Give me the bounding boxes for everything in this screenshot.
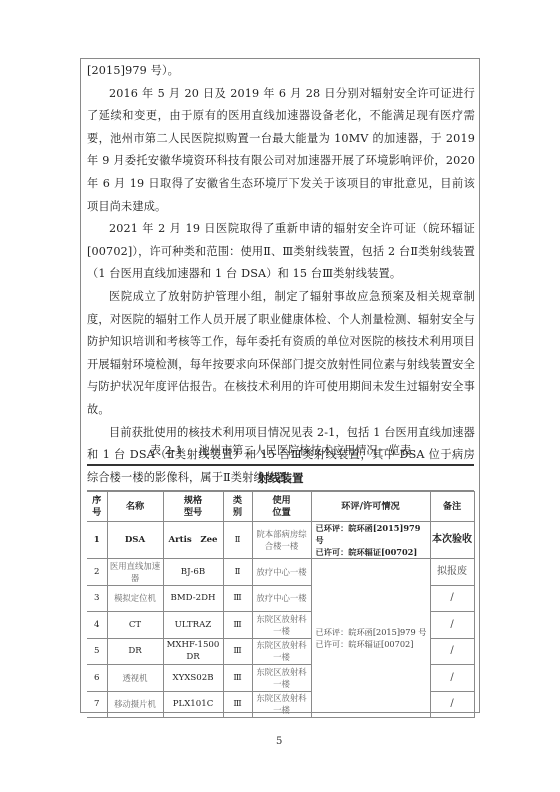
header-model: 规格型号	[163, 492, 223, 522]
cell-remark: /	[430, 585, 474, 612]
cell-model: BMD-2DH	[163, 585, 223, 612]
cell-name: 移动摄片机	[107, 691, 163, 718]
cell-model: MXHF-1500 DR	[163, 638, 223, 665]
cell-remark: /	[430, 691, 474, 718]
cell-name: DR	[107, 638, 163, 665]
cell-category: Ⅱ	[223, 559, 252, 586]
cell-location: 东院区放射科一楼	[252, 665, 311, 692]
paragraph: 医院成立了放射防护管理小组，制定了辐射事故应急预案及相关规章制度，对医院的辐射工…	[87, 286, 475, 422]
cell-name: CT	[107, 612, 163, 639]
cell-location: 放疗中心一楼	[252, 585, 311, 612]
header-permit: 环评/许可情况	[311, 492, 430, 522]
cell-remark: /	[430, 638, 474, 665]
table-section-title: 射线装置	[87, 466, 474, 491]
cell-seq: 7	[87, 691, 107, 718]
cell-seq: 3	[87, 585, 107, 612]
cell-name: DSA	[107, 522, 163, 559]
table-caption: 表 2-1池州市第二人民医院核技术应用情况一览表	[87, 443, 474, 459]
cell-remark: /	[430, 665, 474, 692]
cell-seq: 1	[87, 522, 107, 559]
page-number: 5	[276, 736, 282, 747]
cell-category: Ⅲ	[223, 665, 252, 692]
cell-model: PLX101C	[163, 691, 223, 718]
header-category: 类别	[223, 492, 252, 522]
cell-location: 放疗中心一楼	[252, 559, 311, 586]
cell-permit-merged: 已环评：皖环函[2015]979 号已许可：皖环辐证[00702]	[311, 559, 430, 718]
table-row: 1 DSA Artis Zee Ⅱ 院本部病房综合楼一楼 已环评：皖环函[201…	[87, 522, 474, 559]
table-row: 2 医用直线加速器 BJ-6B Ⅱ 放疗中心一楼 已环评：皖环函[2015]97…	[87, 559, 474, 586]
cell-model: ULTRAZ	[163, 612, 223, 639]
cell-name: 模拟定位机	[107, 585, 163, 612]
cell-name: 透视机	[107, 665, 163, 692]
table-caption-number: 表 2-1	[150, 444, 183, 457]
cell-location: 东院区放射科一楼	[252, 691, 311, 718]
cell-seq: 2	[87, 559, 107, 586]
cell-model: Artis Zee	[163, 522, 223, 559]
paragraph: 2016 年 5 月 20 日及 2019 年 6 月 28 日分别对辐射安全许…	[87, 83, 475, 219]
cell-model: XYXS02B	[163, 665, 223, 692]
cell-location: 东院区放射科一楼	[252, 612, 311, 639]
cell-category: Ⅲ	[223, 585, 252, 612]
cell-remark: 本次验收	[430, 522, 474, 559]
table-header-row: 序号 名称 规格型号 类别 使用位置 环评/许可情况 备注	[87, 492, 474, 522]
paragraph: 2021 年 2 月 19 日医院取得了重新申请的辐射安全许可证（皖环辐证[00…	[87, 218, 475, 286]
table-caption-title: 池州市第二人民医院核技术应用情况一览表	[199, 444, 412, 457]
body-text: [2015]979 号）。 2016 年 5 月 20 日及 2019 年 6 …	[87, 60, 475, 489]
cell-remark: 拟报废	[430, 559, 474, 586]
cell-seq: 5	[87, 638, 107, 665]
cell-category: Ⅱ	[223, 522, 252, 559]
equipment-table: 序号 名称 规格型号 类别 使用位置 环评/许可情况 备注 1 DSA Arti…	[87, 491, 475, 718]
cell-remark: /	[430, 612, 474, 639]
cell-category: Ⅲ	[223, 691, 252, 718]
cell-location: 东院区放射科一楼	[252, 638, 311, 665]
header-name: 名称	[107, 492, 163, 522]
cell-name: 医用直线加速器	[107, 559, 163, 586]
header-location: 使用位置	[252, 492, 311, 522]
cell-model: BJ-6B	[163, 559, 223, 586]
paragraph: [2015]979 号）。	[87, 60, 475, 83]
cell-category: Ⅲ	[223, 638, 252, 665]
header-remark: 备注	[430, 492, 474, 522]
cell-location: 院本部病房综合楼一楼	[252, 522, 311, 559]
cell-permit: 已环评：皖环函[2015]979 号已许可：皖环辐证[00702]	[311, 522, 430, 559]
cell-seq: 6	[87, 665, 107, 692]
header-seq: 序号	[87, 492, 107, 522]
cell-category: Ⅲ	[223, 612, 252, 639]
cell-seq: 4	[87, 612, 107, 639]
